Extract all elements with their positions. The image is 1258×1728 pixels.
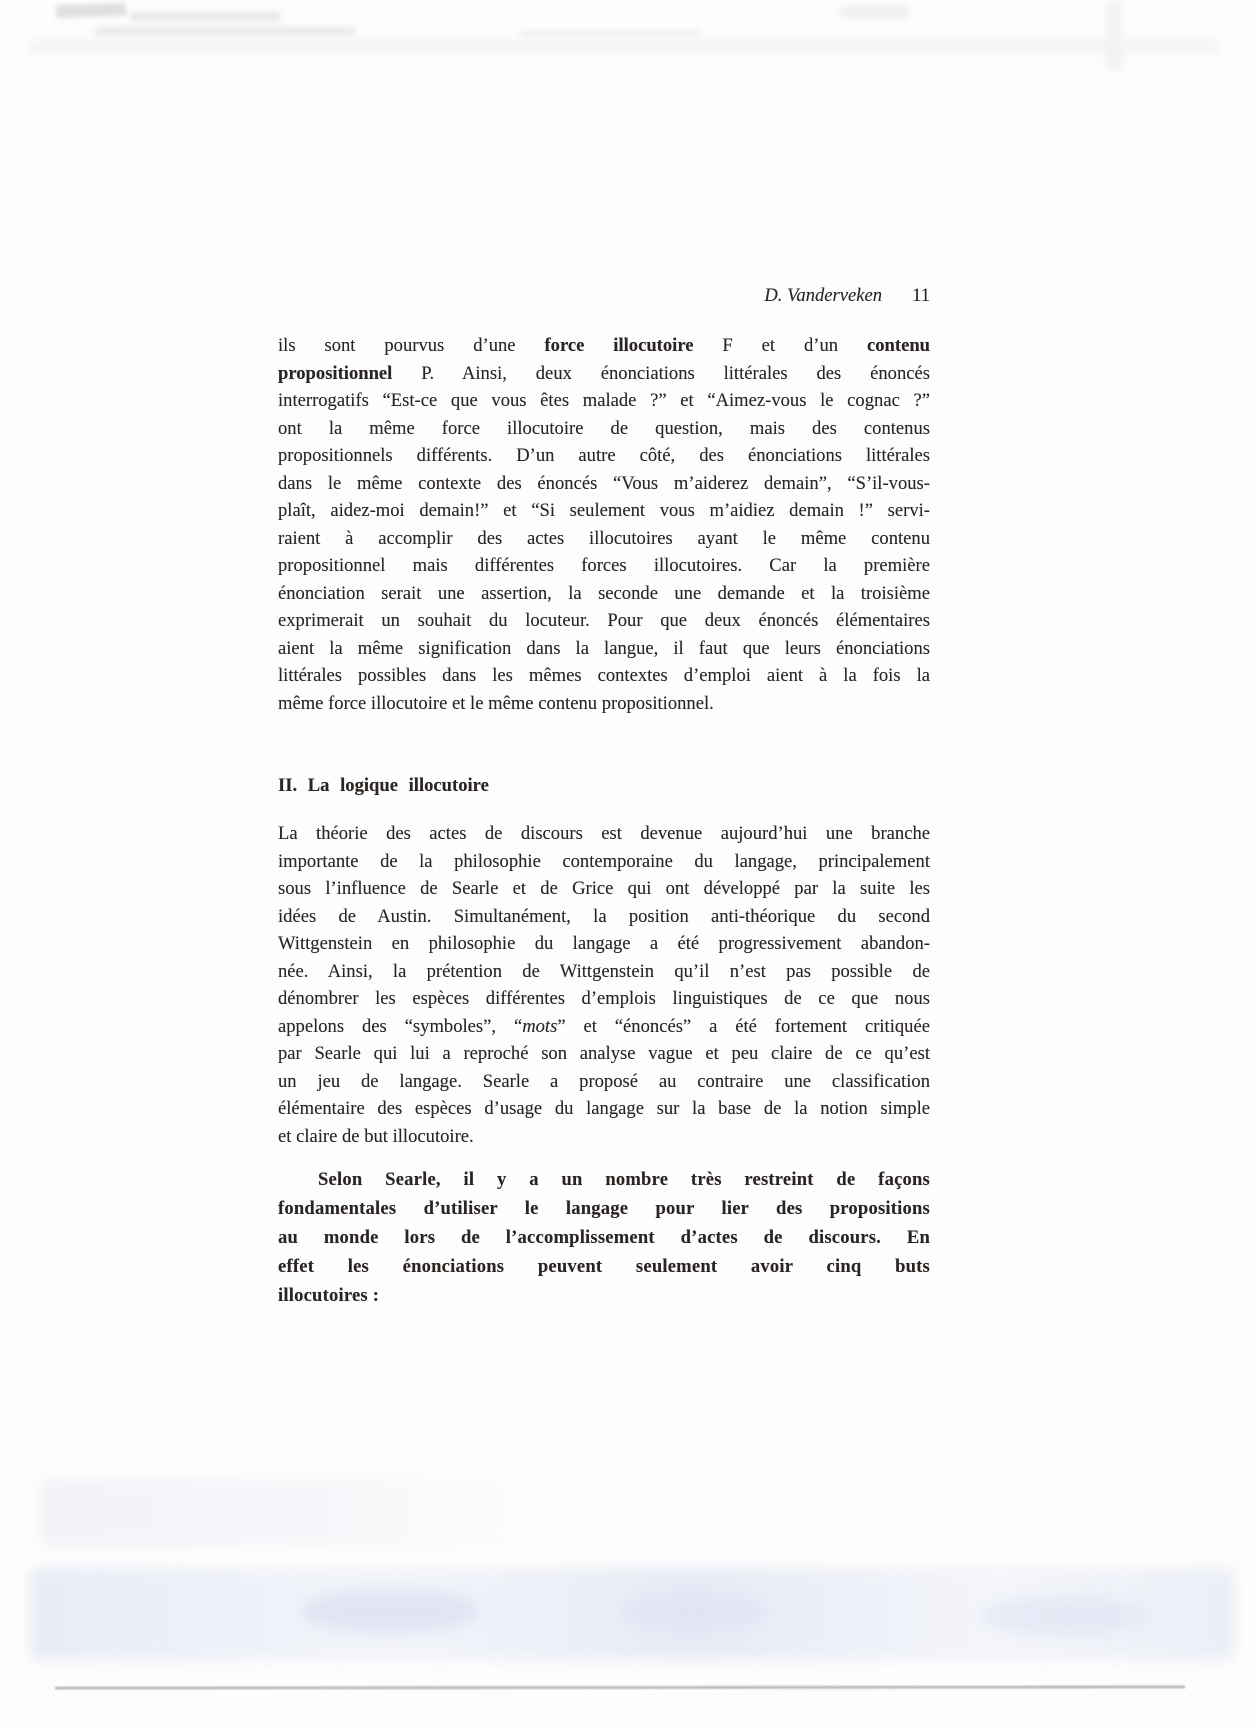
paragraph-3-bold: Selon Searle, il y a un nombre très rest… [278,1165,930,1310]
text-line: élémentaire des espèces d’usage du langa… [278,1095,930,1123]
text-line: La théorie des actes de discours est dev… [278,820,930,848]
scan-haze [30,40,1220,54]
text-line: au monde lors de l’accomplissement d’act… [278,1223,930,1252]
page-number: 11 [912,285,930,307]
text-line: dénombrer les espèces différentes d’empl… [278,985,930,1013]
text-line: même force illocutoire et le même conten… [278,690,930,718]
scan-smudge [95,27,355,36]
scan-smudge [840,6,910,18]
text-line: effet les énonciations peuvent seulement… [278,1252,930,1281]
text-line: Wittgenstein en philosophie du langage a… [278,930,930,958]
scan-streak [1106,0,1122,70]
text-line: propositionnel P. Ainsi, deux énonciatio… [278,360,930,388]
text-line: ils sont pourvus d’une force illocutoire… [278,332,930,360]
scan-showthrough-blob [980,1596,1150,1636]
text-line: raient à accomplir des actes illocutoire… [278,525,930,553]
scanned-page: D. Vanderveken 11 ils sont pourvus d’une… [0,0,1258,1728]
text-line: exprimerait un souhait du locuteur. Pour… [278,607,930,635]
scan-smudge [56,3,126,18]
section-heading: II. La logique illocutoire [278,775,930,797]
text-line: sous l’influence de Searle et de Grice q… [278,875,930,903]
scan-showthrough-blob [300,1588,480,1634]
header-author: D. Vanderveken [764,285,882,307]
text-line: littérales possibles dans les mêmes cont… [278,662,930,690]
scan-showthrough-blob [620,1592,770,1632]
scan-showthrough-band [40,1478,560,1548]
text-line: un jeu de langage. Searle a proposé au c… [278,1068,930,1096]
text-line: plaît, aidez-moi demain!” et “Si seuleme… [278,497,930,525]
text-line: appelons des “symboles”, “mots” et “énon… [278,1013,930,1041]
text-line: idées de Austin. Simultanément, la posit… [278,903,930,931]
scan-showthrough-band [30,1568,1235,1660]
text-line: dans le même contexte des énoncés “Vous … [278,470,930,498]
paragraph-1: ils sont pourvus d’une force illocutoire… [278,332,930,717]
text-line: fondamentales d’utiliser le langage pour… [278,1194,930,1223]
text-line: importante de la philosophie contemporai… [278,848,930,876]
scan-smudge [520,30,700,38]
text-line: propositionnel mais différentes forces i… [278,552,930,580]
text-line: interrogatifs “Est-ce que vous êtes mala… [278,387,930,415]
running-header: D. Vanderveken 11 [278,285,930,307]
text-line: énonciation serait une assertion, la sec… [278,580,930,608]
text-line: et claire de but illocutoire. [278,1123,930,1151]
text-line: ont la même force illocutoire de questio… [278,415,930,443]
text-line: née. Ainsi, la prétention de Wittgenstei… [278,958,930,986]
page-bottom-edge [55,1685,1185,1689]
text-line: Selon Searle, il y a un nombre très rest… [278,1165,930,1194]
text-line: aient la même signification dans la lang… [278,635,930,663]
text-line: par Searle qui lui a reproché son analys… [278,1040,930,1068]
paragraph-2: La théorie des actes de discours est dev… [278,820,930,1150]
text-line: propositionnels différents. D’un autre c… [278,442,930,470]
scan-smudge [130,12,280,21]
text-line: illocutoires : [278,1281,930,1310]
